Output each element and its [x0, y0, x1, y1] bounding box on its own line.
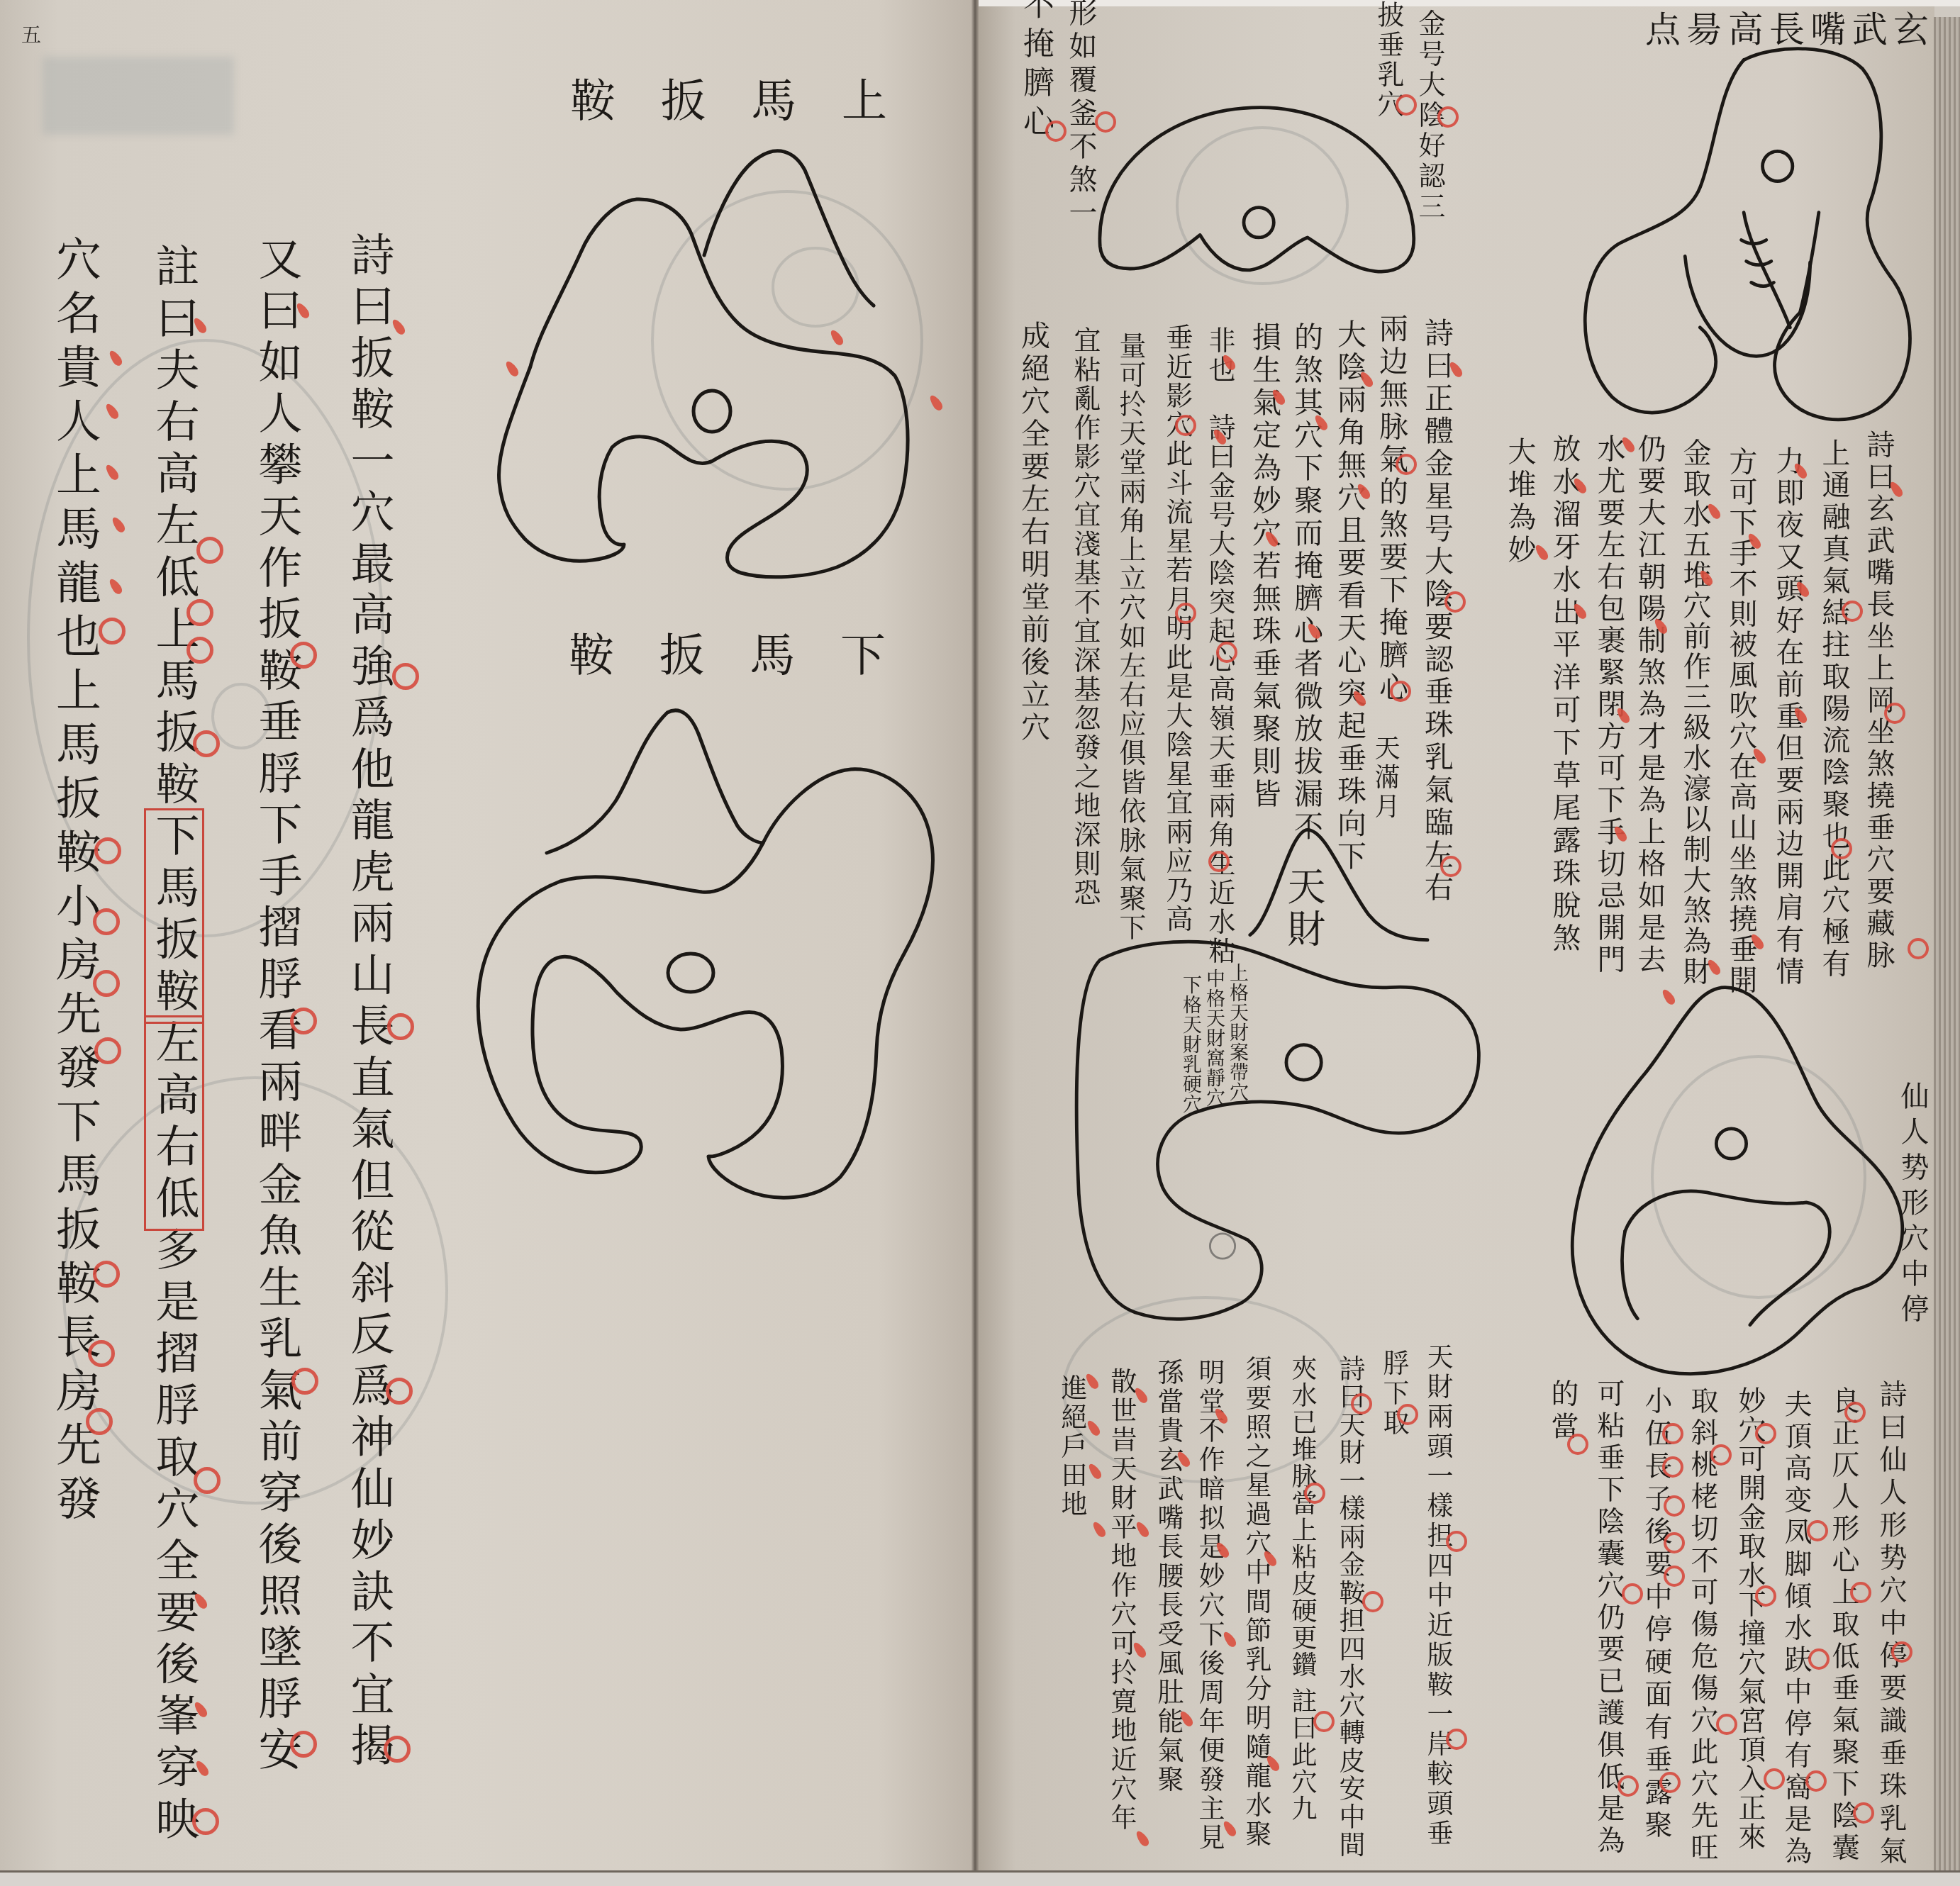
taiyin-text-column: 大陰兩角無穴且要看天心突起垂珠向下 [1335, 319, 1364, 874]
red-circle-mark [386, 1378, 413, 1405]
note-text: 註曰夫右高左低上馬扳鞍 [148, 243, 200, 813]
red-circle-mark [94, 1037, 121, 1064]
red-circle-mark [1095, 111, 1116, 133]
red-circle-mark [1764, 1768, 1785, 1790]
lower-diagram-title: 下馬扳鞍 [569, 633, 886, 679]
xuanwu-text-column: 水尤要左右包裹緊閉方可下手切忌開門 [1595, 434, 1623, 976]
red-circle-mark [186, 637, 213, 664]
red-circle-mark [1390, 681, 1411, 702]
red-circle-mark [1175, 603, 1196, 624]
red-circle-mark [1664, 1566, 1685, 1587]
tiancai-grade: 下格天財乳硬穴 [1181, 975, 1200, 1114]
tiancai-text-column: 脬下取 [1381, 1349, 1407, 1439]
red-circle-mark [1313, 1711, 1335, 1732]
tiancai-grade: 中格天財窩靜穴 [1204, 969, 1223, 1107]
red-circle-mark [1662, 1423, 1683, 1444]
page-edges [1934, 17, 1960, 1872]
red-circle-mark [1908, 938, 1929, 959]
red-circle-mark [1440, 856, 1461, 877]
red-circle-mark [1842, 601, 1863, 622]
red-circle-mark [290, 1008, 317, 1034]
red-circle-mark [1662, 1456, 1683, 1478]
red-circle-mark [93, 1261, 120, 1288]
red-circle-mark [1175, 415, 1196, 436]
boxed-phrase: 左高右低 [148, 1020, 200, 1227]
red-circle-mark [1853, 1802, 1874, 1824]
red-circle-mark [1396, 94, 1417, 116]
taiyin-text-column: 成絕穴全要左右明堂前後立穴 [1018, 320, 1047, 744]
red-circle-mark [1659, 1772, 1681, 1793]
tiancai-text-column: 孫當貴玄武嘴長腰長受風肚能氣聚 [1155, 1358, 1181, 1795]
taiyin-text-column: 詩曰正體金星号大陰要認垂珠乳氣臨左右 [1422, 318, 1451, 905]
red-circle-mark [1446, 1531, 1467, 1552]
tiancai-text-column: 夾水已堆脉當上粘皮硬更鑽 註曰此穴九 [1289, 1355, 1315, 1822]
left-note-column: 註曰夫右高左低上馬扳鞍下馬扳鞍左高右低多是摺脬取穴全要後峯穿映 [152, 243, 196, 1848]
xuanwu-text-column: 放水溜牙水出平洋可下草尾露珠脫煞 [1550, 434, 1578, 956]
red-circle-mark [86, 1408, 113, 1435]
xianren-text-column: 良正仄人形心上取低垂氣聚下陰囊 [1830, 1386, 1857, 1865]
red-circle-mark [1304, 1483, 1325, 1504]
red-circle-mark [88, 1340, 115, 1367]
red-circle-mark [1831, 838, 1852, 859]
tiancai-text-column: 散世旹天財平地作穴可扵寛地近穴年 [1108, 1368, 1135, 1833]
red-circle-mark [1351, 1393, 1372, 1414]
paper-stain [43, 57, 234, 135]
red-circle-mark [193, 730, 220, 757]
left-page [0, 0, 976, 1872]
red-circle-mark [1622, 1583, 1643, 1605]
xuanwu-text-column: 上通融真氣結拄取陽流陰聚也此穴極有 [1820, 438, 1848, 981]
red-circle-mark [1710, 1444, 1732, 1466]
red-circle-mark [186, 599, 213, 626]
red-circle-mark [1446, 1729, 1467, 1750]
red-circle-mark [1891, 1641, 1912, 1663]
red-circle-mark [1808, 1648, 1830, 1670]
tiancai-grade: 上格天財案帶穴 [1227, 963, 1247, 1102]
red-circle-mark [1755, 1585, 1776, 1607]
red-circle-mark [1397, 1404, 1418, 1425]
xuanwu-text-column: 詩曰玄武嘴長坐上岡坐煞撓垂穴要藏脉 [1864, 430, 1893, 972]
red-circle-mark [192, 1808, 219, 1835]
background-bottom [0, 1870, 1960, 1886]
taiyin-side-note: 天滿月 [1372, 735, 1398, 822]
red-circle-mark [1850, 1582, 1871, 1603]
tiancai-text-column: 進絕戶田地 [1059, 1374, 1085, 1519]
taiyin-text-column: 兩边無脉氣的煞要下掩臍心 [1376, 313, 1405, 705]
book-gutter [971, 0, 979, 1872]
red-circle-mark [1617, 1775, 1639, 1797]
red-circle-mark [196, 537, 223, 564]
red-circle-mark [1216, 642, 1237, 663]
tiancai-text-column: 明堂不作暗拟是妙穴下後周年便發主見 [1196, 1358, 1223, 1853]
red-circle-mark [194, 1467, 221, 1494]
right-page-title: 玄武嘴長高昜点 [1645, 12, 1929, 48]
red-circle-mark [1045, 121, 1067, 142]
xuanwu-text-column: 大堆為妙 [1505, 437, 1534, 567]
page-number: 五 [21, 20, 41, 48]
red-circle-mark [290, 1731, 317, 1758]
red-circle-mark [1664, 1495, 1685, 1517]
taiyin-text-column: 量可扵天堂兩角上立穴如左右应俱皆依脉氣聚下 [1117, 332, 1144, 942]
red-circle-mark [384, 1736, 411, 1763]
tiancai-text-column: 須要照之星過穴中間節乳分明隨龍水聚 [1243, 1355, 1269, 1849]
red-circle-mark [99, 618, 126, 645]
red-circle-mark [392, 663, 419, 690]
background-top [977, 0, 1960, 6]
cauldron-label: 不掩臍心 [1020, 0, 1051, 144]
xianren-label: 仙人势形穴中停 [1898, 1081, 1927, 1329]
red-circle-mark [94, 837, 121, 864]
red-circle-mark [1844, 1402, 1866, 1423]
left-poem-column: 詩曰扳鞍一穴最高強爲他龍虎兩山長直氣但從斜反爲神仙妙訣不宜揭 [347, 232, 391, 1774]
xianren-text-column: 妙穴可開金取水下撞穴氣宮頂入正來 [1736, 1386, 1764, 1851]
red-circle-mark [1755, 1423, 1776, 1444]
boxed-phrase: 下馬扳鞍 [148, 813, 200, 1020]
taiyin-text-column: 的煞其穴下聚而掩臍心者微放拔漏不 [1291, 322, 1320, 844]
red-circle-mark [1716, 1714, 1737, 1735]
red-circle-mark [1396, 454, 1417, 475]
red-circle-mark [1807, 1520, 1828, 1541]
red-circle-mark [1884, 703, 1905, 724]
red-circle-mark [93, 970, 120, 997]
left-poem-2-column: 又曰如人攀天作扳鞍垂脬下手摺脬看兩畔金魚生乳氣前穿後照墜脬安 [255, 236, 299, 1778]
cauldron-label: 形如覆釜不煞一 [1067, 0, 1095, 231]
taiyin-text-column: 宜粘亂作影穴宜淺基不宜深基忽發之地深則恐 [1071, 326, 1098, 908]
upper-diagram-title: 上馬扳鞍 [570, 79, 887, 124]
xianren-text-column: 詩曰仙人形势穴中停要識垂珠乳氣 [1877, 1380, 1905, 1869]
left-name-column: 穴名貴人上馬龍也上馬扳鞍小房先發下馬扳鞍長房先發 [52, 235, 97, 1529]
red-circle-mark [1437, 106, 1459, 128]
tiancai-label: 天財 [1284, 866, 1323, 952]
note-text: 多是摺脬取穴全要後峯穿映 [148, 1227, 200, 1848]
red-circle-mark [290, 642, 317, 669]
red-circle-mark [291, 1368, 318, 1395]
xuanwu-text-column: 金取水五堆穴前作三級水濠以制大煞為財 [1681, 438, 1709, 987]
red-circle-mark [1444, 591, 1466, 613]
red-circle-mark [1208, 851, 1230, 872]
red-circle-mark [1664, 1532, 1685, 1553]
red-circle-mark [1805, 1770, 1827, 1792]
xuanwu-text-column: 方可下手不則被風吹穴在高山坐煞撓垂開 [1727, 447, 1755, 995]
tiancai-text-column: 詩曰天財一樣兩金鞍担四水穴轉皮安中間 [1337, 1355, 1363, 1859]
tiancai-text-column: 天財兩頭一樣担四中近版鞍一岸較頭垂 [1425, 1343, 1451, 1849]
red-circle-mark [1362, 1591, 1383, 1612]
red-circle-mark [93, 908, 120, 935]
xianren-text-column: 夫頂高变凤脚傾水趺中停有窩是為 [1782, 1390, 1810, 1868]
xuanwu-text-column: 仍要大江朝陽制煞為才是為上格如是去 [1635, 434, 1664, 976]
red-circle-mark [1567, 1434, 1588, 1455]
red-circle-mark [387, 1013, 414, 1040]
